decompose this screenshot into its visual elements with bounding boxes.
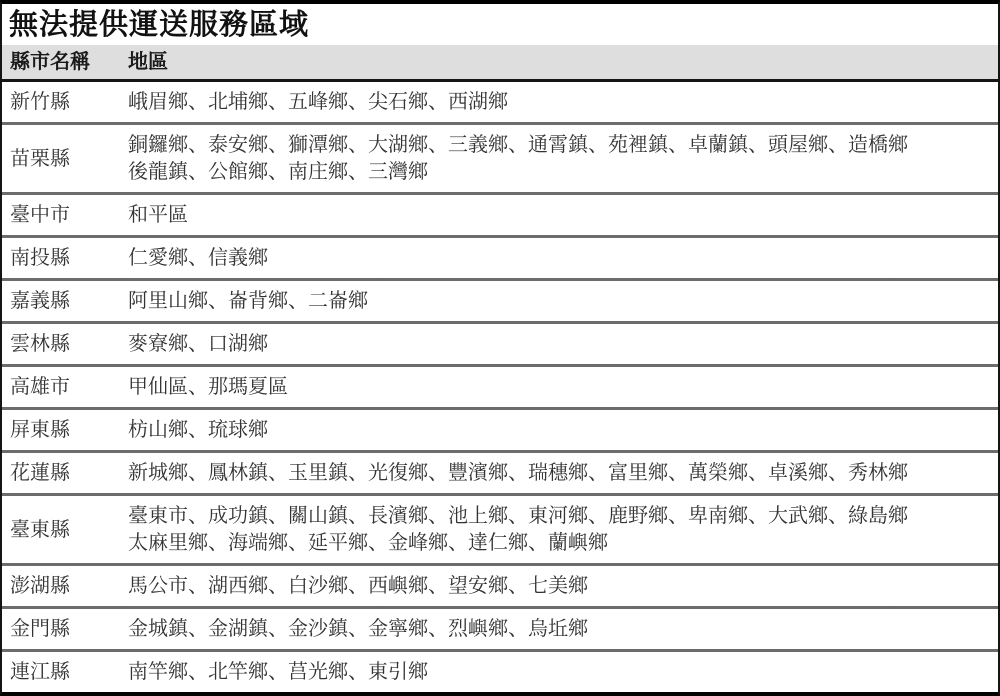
district-cell: 麥寮鄉、口湖鄉 bbox=[128, 330, 998, 357]
table-row: 屏東縣 枋山鄉、琉球鄉 bbox=[2, 407, 998, 450]
table-row: 連江縣 南竿鄉、北竿鄉、莒光鄉、東引鄉 bbox=[2, 649, 998, 692]
district-cell: 金城鎮、金湖鎮、金沙鎮、金寧鄉、烈嶼鄉、烏坵鄉 bbox=[128, 615, 998, 642]
table-row: 澎湖縣 馬公市、湖西鄉、白沙鄉、西嶼鄉、望安鄉、七美鄉 bbox=[2, 563, 998, 606]
district-cell: 臺東市、成功鎮、關山鎮、長濱鄉、池上鄉、東河鄉、鹿野鄉、卑南鄉、大武鄉、綠島鄉 … bbox=[128, 502, 998, 556]
district-cell: 和平區 bbox=[128, 201, 998, 228]
county-cell: 臺中市 bbox=[2, 201, 128, 228]
county-cell: 臺東縣 bbox=[2, 516, 128, 543]
district-cell: 仁愛鄉、信義鄉 bbox=[128, 244, 998, 271]
district-cell: 銅鑼鄉、泰安鄉、獅潭鄉、大湖鄉、三義鄉、通霄鎮、苑裡鎮、卓蘭鎮、頭屋鄉、造橋鄉 … bbox=[128, 131, 998, 185]
column-header-district: 地區 bbox=[128, 50, 998, 72]
table-row: 金門縣 金城鎮、金湖鎮、金沙鎮、金寧鄉、烈嶼鄉、烏坵鄉 bbox=[2, 606, 998, 649]
table-row: 臺中市 和平區 bbox=[2, 192, 998, 235]
county-cell: 澎湖縣 bbox=[2, 572, 128, 599]
district-cell: 枋山鄉、琉球鄉 bbox=[128, 416, 998, 443]
table-row: 苗栗縣 銅鑼鄉、泰安鄉、獅潭鄉、大湖鄉、三義鄉、通霄鎮、苑裡鎮、卓蘭鎮、頭屋鄉、… bbox=[2, 122, 998, 192]
page-title: 無法提供運送服務區域 bbox=[2, 4, 998, 45]
district-cell: 阿里山鄉、崙背鄉、二崙鄉 bbox=[128, 287, 998, 314]
table-row: 新竹縣 峨眉鄉、北埔鄉、五峰鄉、尖石鄉、西湖鄉 bbox=[2, 82, 998, 122]
table-row: 雲林縣 麥寮鄉、口湖鄉 bbox=[2, 321, 998, 364]
county-cell: 高雄市 bbox=[2, 373, 128, 400]
county-cell: 新竹縣 bbox=[2, 88, 128, 115]
county-cell: 屏東縣 bbox=[2, 416, 128, 443]
district-cell: 甲仙區、那瑪夏區 bbox=[128, 373, 998, 400]
district-cell: 峨眉鄉、北埔鄉、五峰鄉、尖石鄉、西湖鄉 bbox=[128, 88, 998, 115]
table-row: 高雄市 甲仙區、那瑪夏區 bbox=[2, 364, 998, 407]
table-row: 嘉義縣 阿里山鄉、崙背鄉、二崙鄉 bbox=[2, 278, 998, 321]
district-cell: 南竿鄉、北竿鄉、莒光鄉、東引鄉 bbox=[128, 658, 998, 685]
county-cell: 花蓮縣 bbox=[2, 459, 128, 486]
county-cell: 連江縣 bbox=[2, 658, 128, 685]
district-cell: 新城鄉、鳳林鎮、玉里鎮、光復鄉、豐濱鄉、瑞穗鄉、富里鄉、萬榮鄉、卓溪鄉、秀林鄉 bbox=[128, 459, 998, 486]
unserviceable-areas-table: 無法提供運送服務區域 縣市名稱 地區 新竹縣 峨眉鄉、北埔鄉、五峰鄉、尖石鄉、西… bbox=[0, 0, 1000, 696]
county-cell: 嘉義縣 bbox=[2, 287, 128, 314]
district-cell: 馬公市、湖西鄉、白沙鄉、西嶼鄉、望安鄉、七美鄉 bbox=[128, 572, 998, 599]
column-header-county: 縣市名稱 bbox=[2, 50, 128, 72]
county-cell: 雲林縣 bbox=[2, 330, 128, 357]
table-row: 南投縣 仁愛鄉、信義鄉 bbox=[2, 235, 998, 278]
table-header-row: 縣市名稱 地區 bbox=[2, 45, 998, 82]
table-row: 臺東縣 臺東市、成功鎮、關山鎮、長濱鄉、池上鄉、東河鄉、鹿野鄉、卑南鄉、大武鄉、… bbox=[2, 493, 998, 563]
county-cell: 南投縣 bbox=[2, 244, 128, 271]
county-cell: 金門縣 bbox=[2, 615, 128, 642]
county-cell: 苗栗縣 bbox=[2, 145, 128, 172]
table-row: 花蓮縣 新城鄉、鳳林鎮、玉里鎮、光復鄉、豐濱鄉、瑞穗鄉、富里鄉、萬榮鄉、卓溪鄉、… bbox=[2, 450, 998, 493]
